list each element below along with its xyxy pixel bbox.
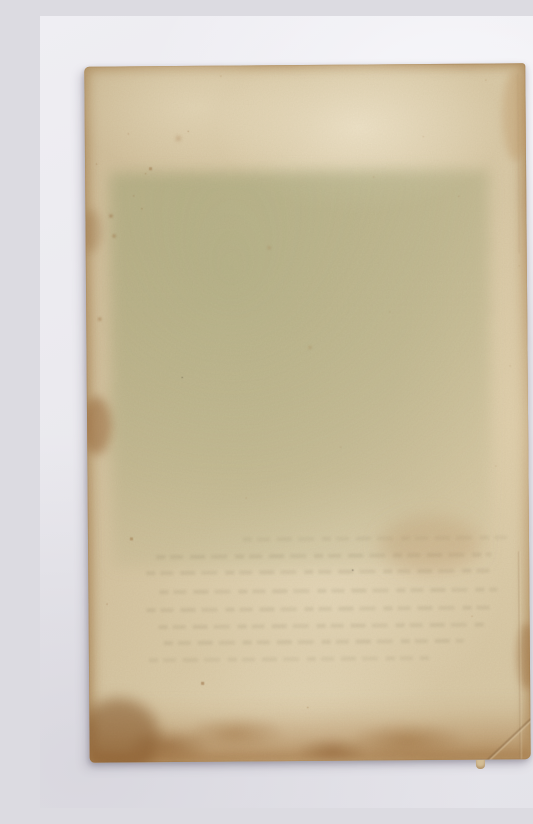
paper-grain-texture xyxy=(84,63,530,762)
photo-scene: Photograph of an antique blank paper lea… xyxy=(40,16,533,808)
scene-caption: Photograph of an antique blank paper lea… xyxy=(40,16,41,17)
torn-paper-nub xyxy=(476,760,485,769)
paper-sheet xyxy=(84,63,530,762)
